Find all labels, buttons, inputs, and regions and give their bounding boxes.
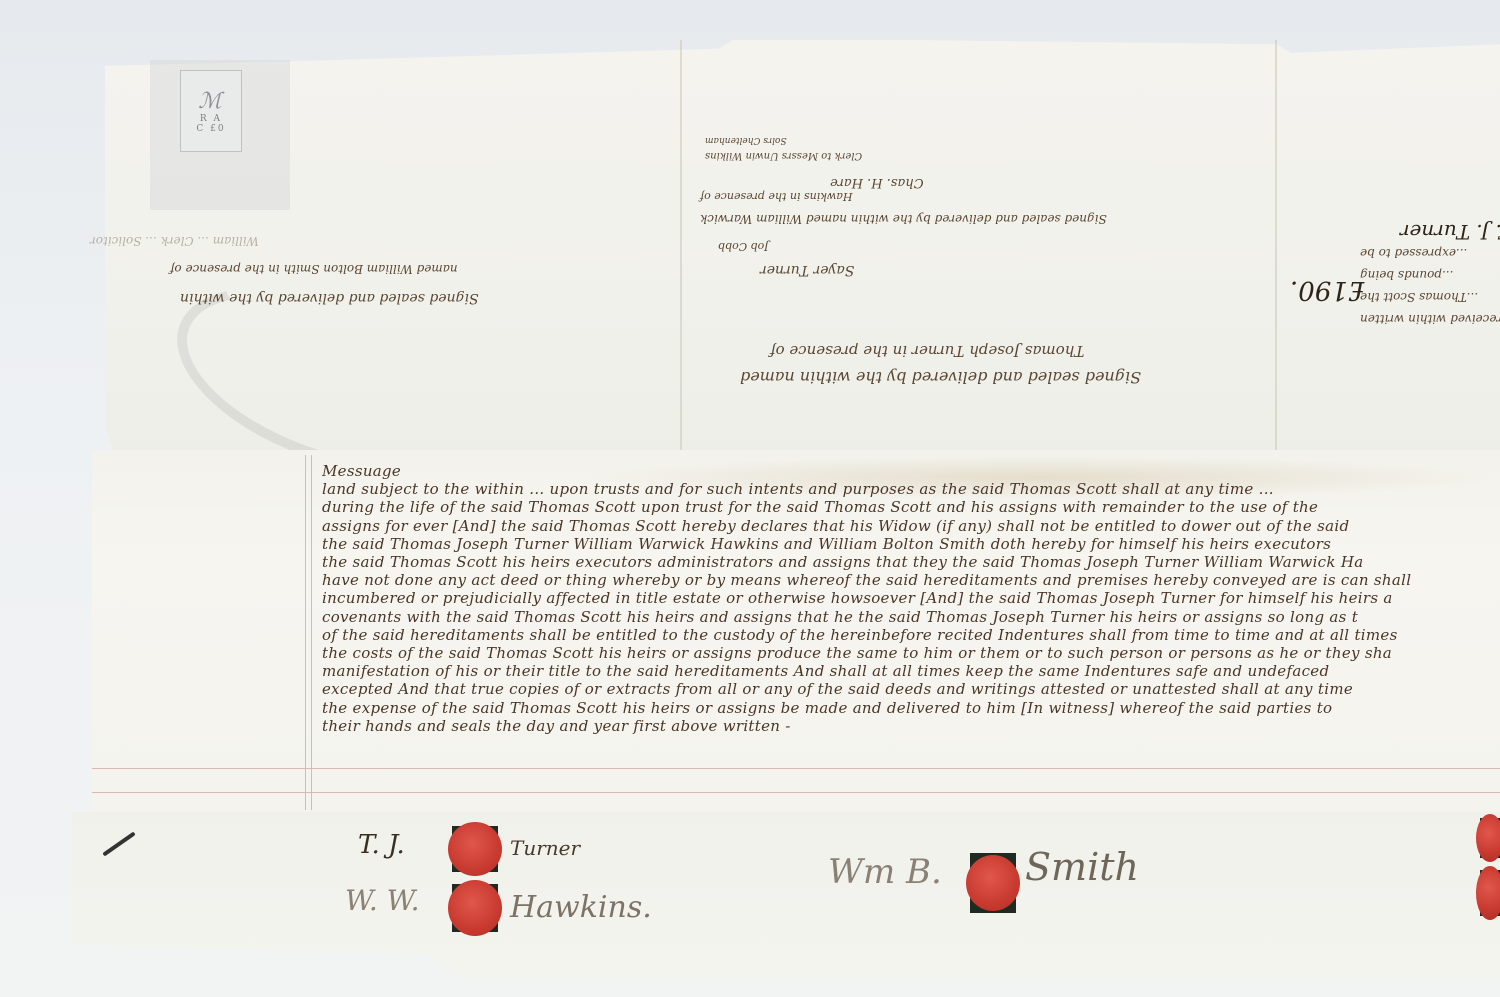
body-line: covenants with the said Thomas Scott his… xyxy=(322,608,1500,626)
signature-initials-turner: T. J. xyxy=(358,830,405,860)
body-line: manifestation of his or their title to t… xyxy=(322,662,1500,680)
attestation-hawkins-line2: Hawkins in the presence of xyxy=(700,190,853,203)
witness-job-cobb: Job Cobb xyxy=(718,240,769,253)
witness-sayer-turner: Sayer Turner xyxy=(760,262,854,278)
stamp-monogram: ℳ xyxy=(198,89,224,114)
wax-seal-partial-1 xyxy=(1480,818,1500,858)
body-line: their hands and seals the day and year f… xyxy=(322,717,1500,735)
body-line: incumbered or prejudicially affected in … xyxy=(322,589,1500,607)
ruled-margin-bottom-outer xyxy=(92,792,1500,793)
signature-strip xyxy=(72,812,1500,977)
receipt-line1: ...received within written xyxy=(1360,312,1500,326)
ruled-margin-left-inner xyxy=(311,455,312,810)
witness-hare-place: Solrs Cheltenham xyxy=(705,135,787,145)
body-line: land subject to the within ... upon trus… xyxy=(322,480,1500,498)
receipt-line3: ...pounds being xyxy=(1360,268,1454,282)
receipt-line4: ...expressed to be xyxy=(1360,246,1467,260)
revenue-stamp: ℳ R A C £0 xyxy=(180,70,242,152)
body-line: the costs of the said Thomas Scott his h… xyxy=(322,644,1500,662)
receipt-amount: £190. xyxy=(1290,275,1364,305)
fold-crease xyxy=(680,40,682,470)
attestation-hawkins-line1: Signed sealed and delivered by the withi… xyxy=(700,212,1107,226)
attestation-turner-line1: Signed sealed and delivered by the withi… xyxy=(740,368,1141,387)
ruled-margin-bottom xyxy=(92,768,1500,769)
body-line: excepted And that true copies of or extr… xyxy=(322,680,1500,698)
signature-surname-turner: Turner xyxy=(510,836,580,860)
wax-seal-smith xyxy=(970,853,1016,913)
body-line: assigns for ever [And] the said Thomas S… xyxy=(322,517,1500,535)
wax-seal-partial-2 xyxy=(1480,870,1500,916)
attestation-smith-line2: named William Bolton Smith in the presen… xyxy=(170,262,458,276)
body-line: of the said hereditaments shall be entit… xyxy=(322,626,1500,644)
ruled-margin-left xyxy=(305,455,306,810)
stamp-letters-bottom: C £0 xyxy=(196,124,225,134)
wax-seal-hawkins xyxy=(452,884,498,932)
body-line: during the life of the said Thomas Scott… xyxy=(322,498,1500,516)
body-line: the expense of the said Thomas Scott his… xyxy=(322,699,1500,717)
deed-body-text: Messuage land subject to the within ... … xyxy=(322,462,1500,735)
wax-seal-turner xyxy=(452,826,498,872)
signature-surname-smith: Smith xyxy=(1025,845,1139,889)
body-line: Messuage xyxy=(322,462,1500,480)
signature-surname-hawkins: Hawkins. xyxy=(510,890,652,925)
stamp-letters-top: R A xyxy=(200,114,222,124)
attestation-smith-witness: William ... Clerk ... Solicitor xyxy=(90,234,259,248)
receipt-signature: T. J. Turner xyxy=(1400,220,1500,244)
attestation-turner-line2: Thomas Joseph Turner in the presence of xyxy=(770,342,1084,360)
witness-hare-title: Clerk to Messrs Unwin Wilkins xyxy=(705,150,862,161)
fold-crease xyxy=(1275,40,1277,470)
body-line: have not done any act deed or thing wher… xyxy=(322,571,1500,589)
body-line: the said Thomas Scott his heirs executor… xyxy=(322,553,1500,571)
body-line: the said Thomas Joseph Turner William Wa… xyxy=(322,535,1500,553)
receipt-line2: ...Thomas Scott the xyxy=(1360,290,1478,304)
attestation-smith-line1: Signed sealed and delivered by the withi… xyxy=(180,290,479,306)
signature-initials-smith: Wm B. xyxy=(828,852,942,892)
signature-initials-hawkins: W. W. xyxy=(345,884,419,917)
witness-hare: Chas. H. Hare xyxy=(830,175,924,190)
